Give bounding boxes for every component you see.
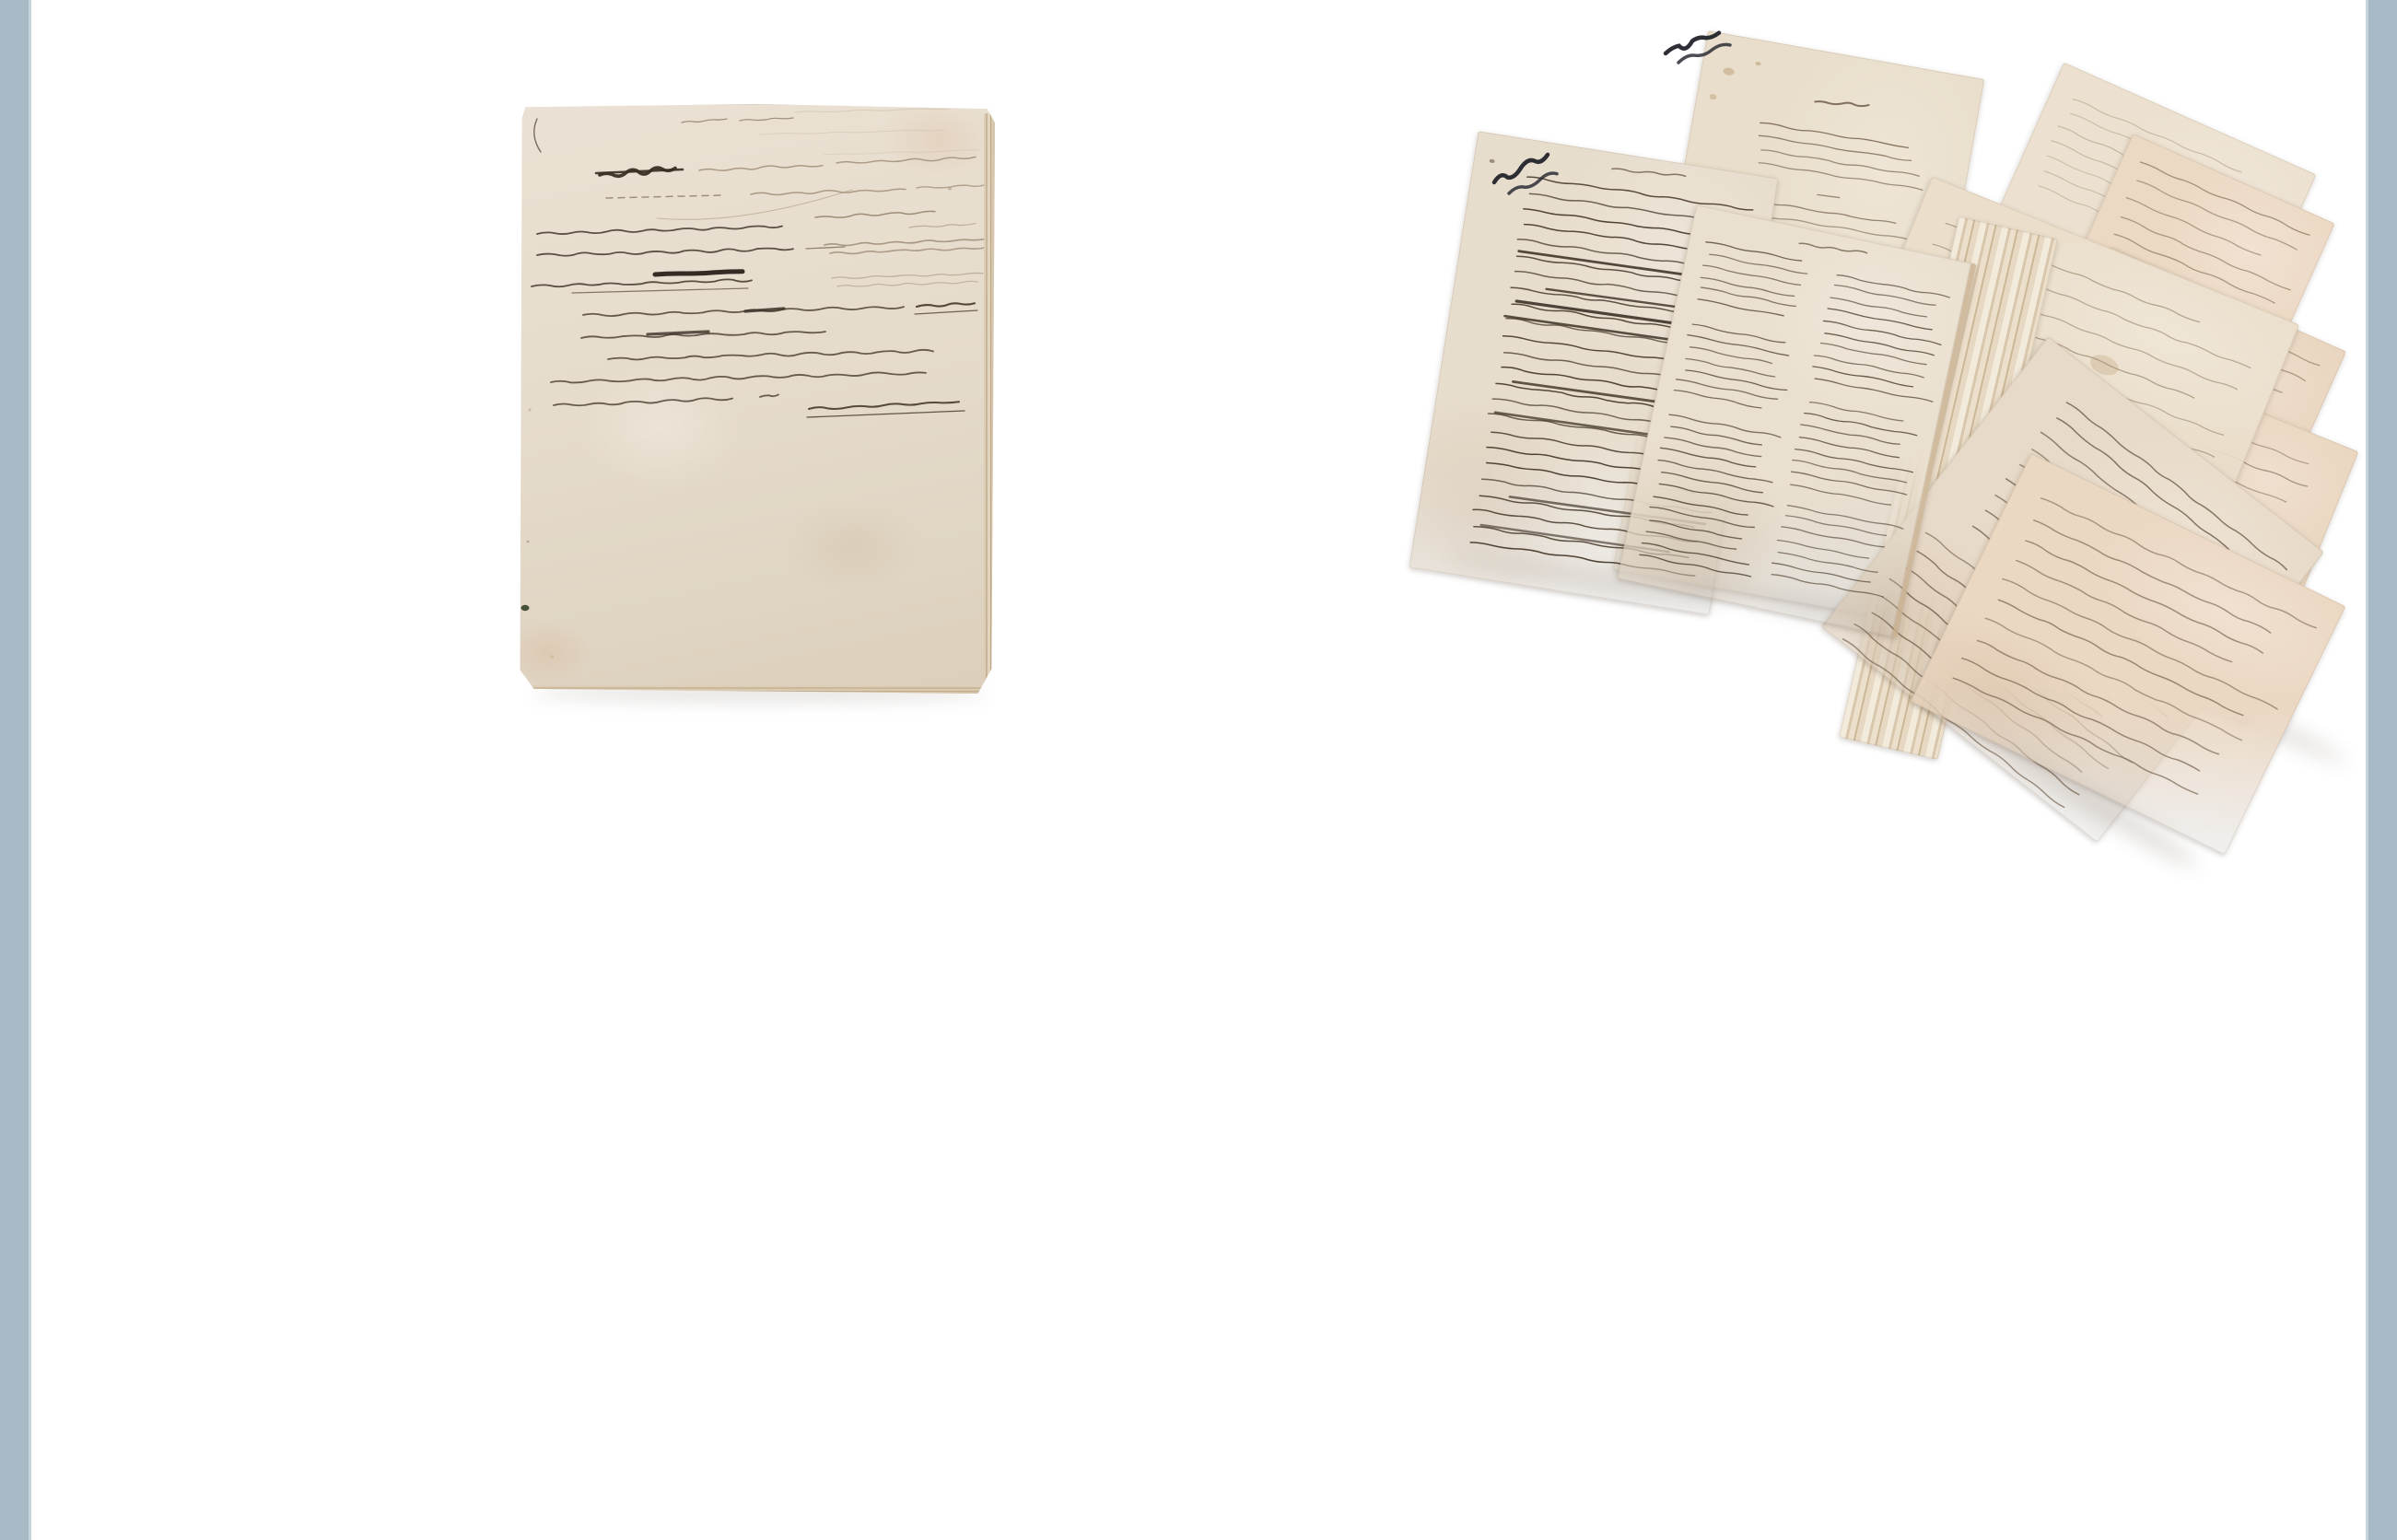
handwriting-scribbles [519, 104, 995, 694]
right-margin-strip [2366, 0, 2397, 1540]
left-margin-strip [0, 0, 31, 1540]
catalogue-page [0, 0, 2397, 1540]
leaf-sheet-edges-right [984, 113, 995, 685]
manuscript-pile-photo [1437, 18, 2368, 866]
left-manuscript-photo [519, 104, 995, 721]
manuscript-leaf [519, 104, 995, 694]
manuscript-pile [1437, 18, 2368, 866]
